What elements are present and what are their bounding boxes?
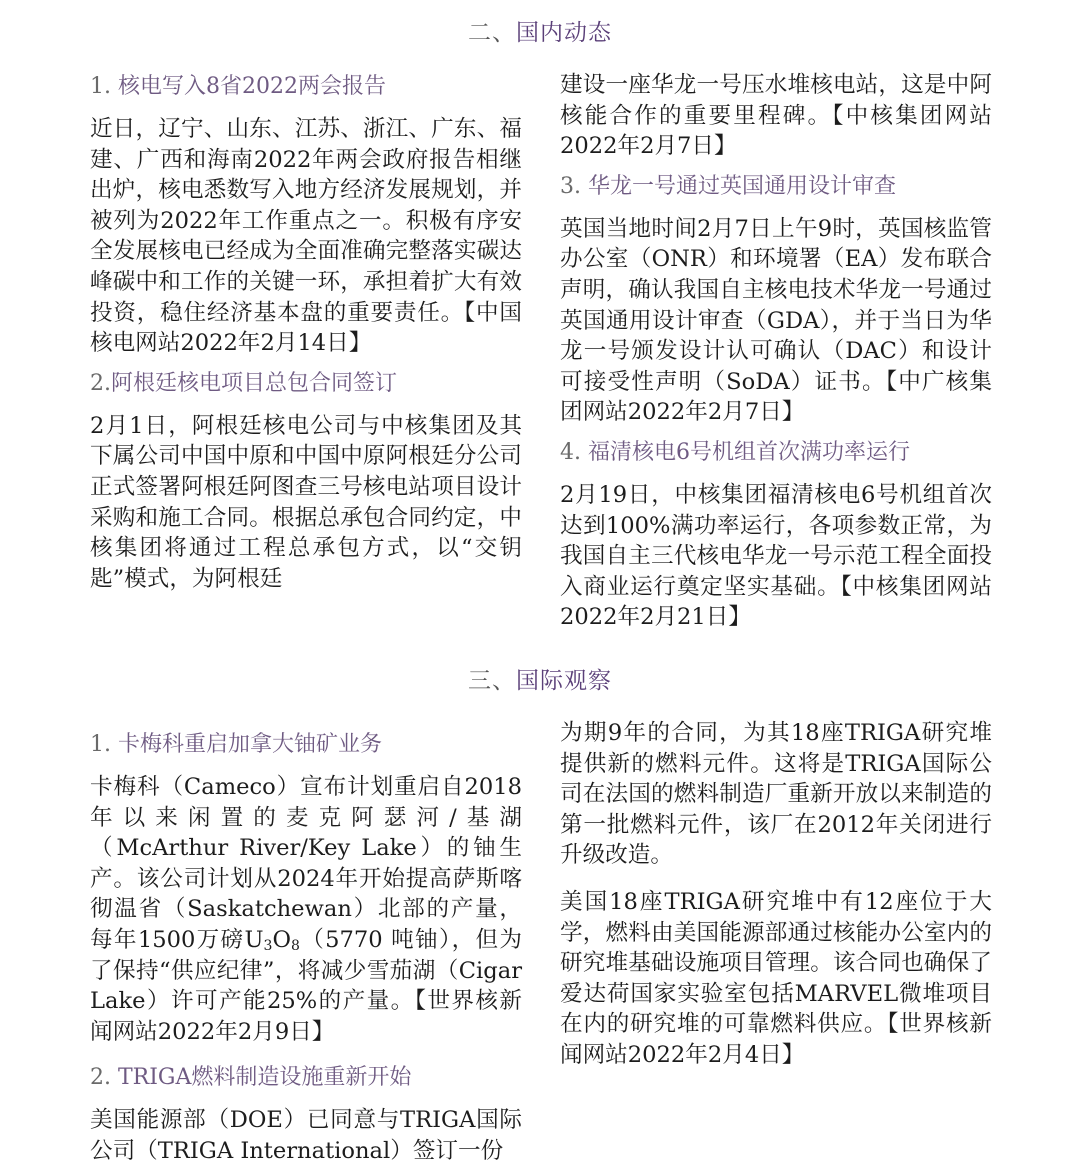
article-body-continued: 建设一座华龙一号压水堆核电站，这是中阿核能合作的重要里程碑。【中核集团网站202… (560, 70, 992, 162)
international-left-column: 1. 卡梅科重启加拿大铀矿业务 卡梅科（Cameco）宣布计划重启自2018年以… (90, 730, 522, 1167)
article-title: 1. 卡梅科重启加拿大铀矿业务 (90, 730, 522, 760)
article-title-text: 卡梅科重启加拿大铀矿业务 (118, 732, 382, 757)
article-title-text: 核电写入8省2022两会报告 (118, 74, 386, 99)
section-title-international: 三、国际观察 (0, 662, 1080, 695)
article-index: 2. (90, 1065, 111, 1090)
article-body-continued: 为期9年的合同，为其18座TRIGA研究堆提供新的燃料元件。这将是TRIGA国际… (560, 718, 992, 871)
article-index: 2. (90, 371, 111, 396)
section-title-text: 国内动态 (516, 20, 612, 46)
article-body: 2月1日，阿根廷核电公司与中核集团及其下属公司中国中原和中国中原阿根廷分公司正式… (90, 411, 522, 595)
article-title: 2.阿根廷核电项目总包合同签订 (90, 369, 522, 399)
article-title-text: TRIGA燃料制造设施重新开始 (118, 1065, 411, 1090)
article-index: 3. (560, 174, 581, 199)
section-number: 二、 (468, 20, 516, 46)
article-title: 4. 福清核电6号机组首次满功率运行 (560, 438, 992, 468)
domestic-right-column: 建设一座华龙一号压水堆核电站，这是中阿核能合作的重要里程碑。【中核集团网站202… (560, 70, 992, 633)
article-index: 1. (90, 732, 111, 757)
article-title-text: 华龙一号通过英国通用设计审查 (588, 174, 896, 199)
subscript: 8 (291, 938, 300, 954)
section-number: 三、 (468, 668, 516, 694)
article-title: 3. 华龙一号通过英国通用设计审查 (560, 172, 992, 202)
article-body: 卡梅科（Cameco）宣布计划重启自2018年以来闲置的麦克阿瑟河/基湖（McA… (90, 772, 522, 1047)
section-title-text: 国际观察 (516, 668, 612, 694)
international-right-column: 为期9年的合同，为其18座TRIGA研究堆提供新的燃料元件。这将是TRIGA国际… (560, 718, 992, 1071)
article-body: 近日，辽宁、山东、江苏、浙江、广东、福建、广西和海南2022年两会政府报告相继出… (90, 114, 522, 359)
article-index: 4. (560, 440, 581, 465)
article-title-text: 福清核电6号机组首次满功率运行 (588, 440, 910, 465)
domestic-left-column: 1. 核电写入8省2022两会报告 近日，辽宁、山东、江苏、浙江、广东、福建、广… (90, 72, 522, 594)
article-body: 2月19日，中核集团福清核电6号机组首次达到100%满功率运行，各项参数正常，为… (560, 480, 992, 633)
article-title-text: 阿根廷核电项目总包合同签订 (111, 371, 397, 396)
body-text: O (272, 927, 291, 953)
article-title: 1. 核电写入8省2022两会报告 (90, 72, 522, 102)
article-index: 1. (90, 74, 111, 99)
article-body: 英国当地时间2月7日上午9时，英国核监管办公室（ONR）和环境署（EA）发布联合… (560, 214, 992, 428)
article-title: 2. TRIGA燃料制造设施重新开始 (90, 1063, 522, 1093)
article-body-paragraph: 美国18座TRIGA研究堆中有12座位于大学，燃料由美国能源部通过核能办公室内的… (560, 887, 992, 1071)
section-title-domestic: 二、国内动态 (0, 14, 1080, 47)
article-body: 美国能源部（DOE）已同意与TRIGA国际公司（TRIGA Internatio… (90, 1105, 522, 1166)
